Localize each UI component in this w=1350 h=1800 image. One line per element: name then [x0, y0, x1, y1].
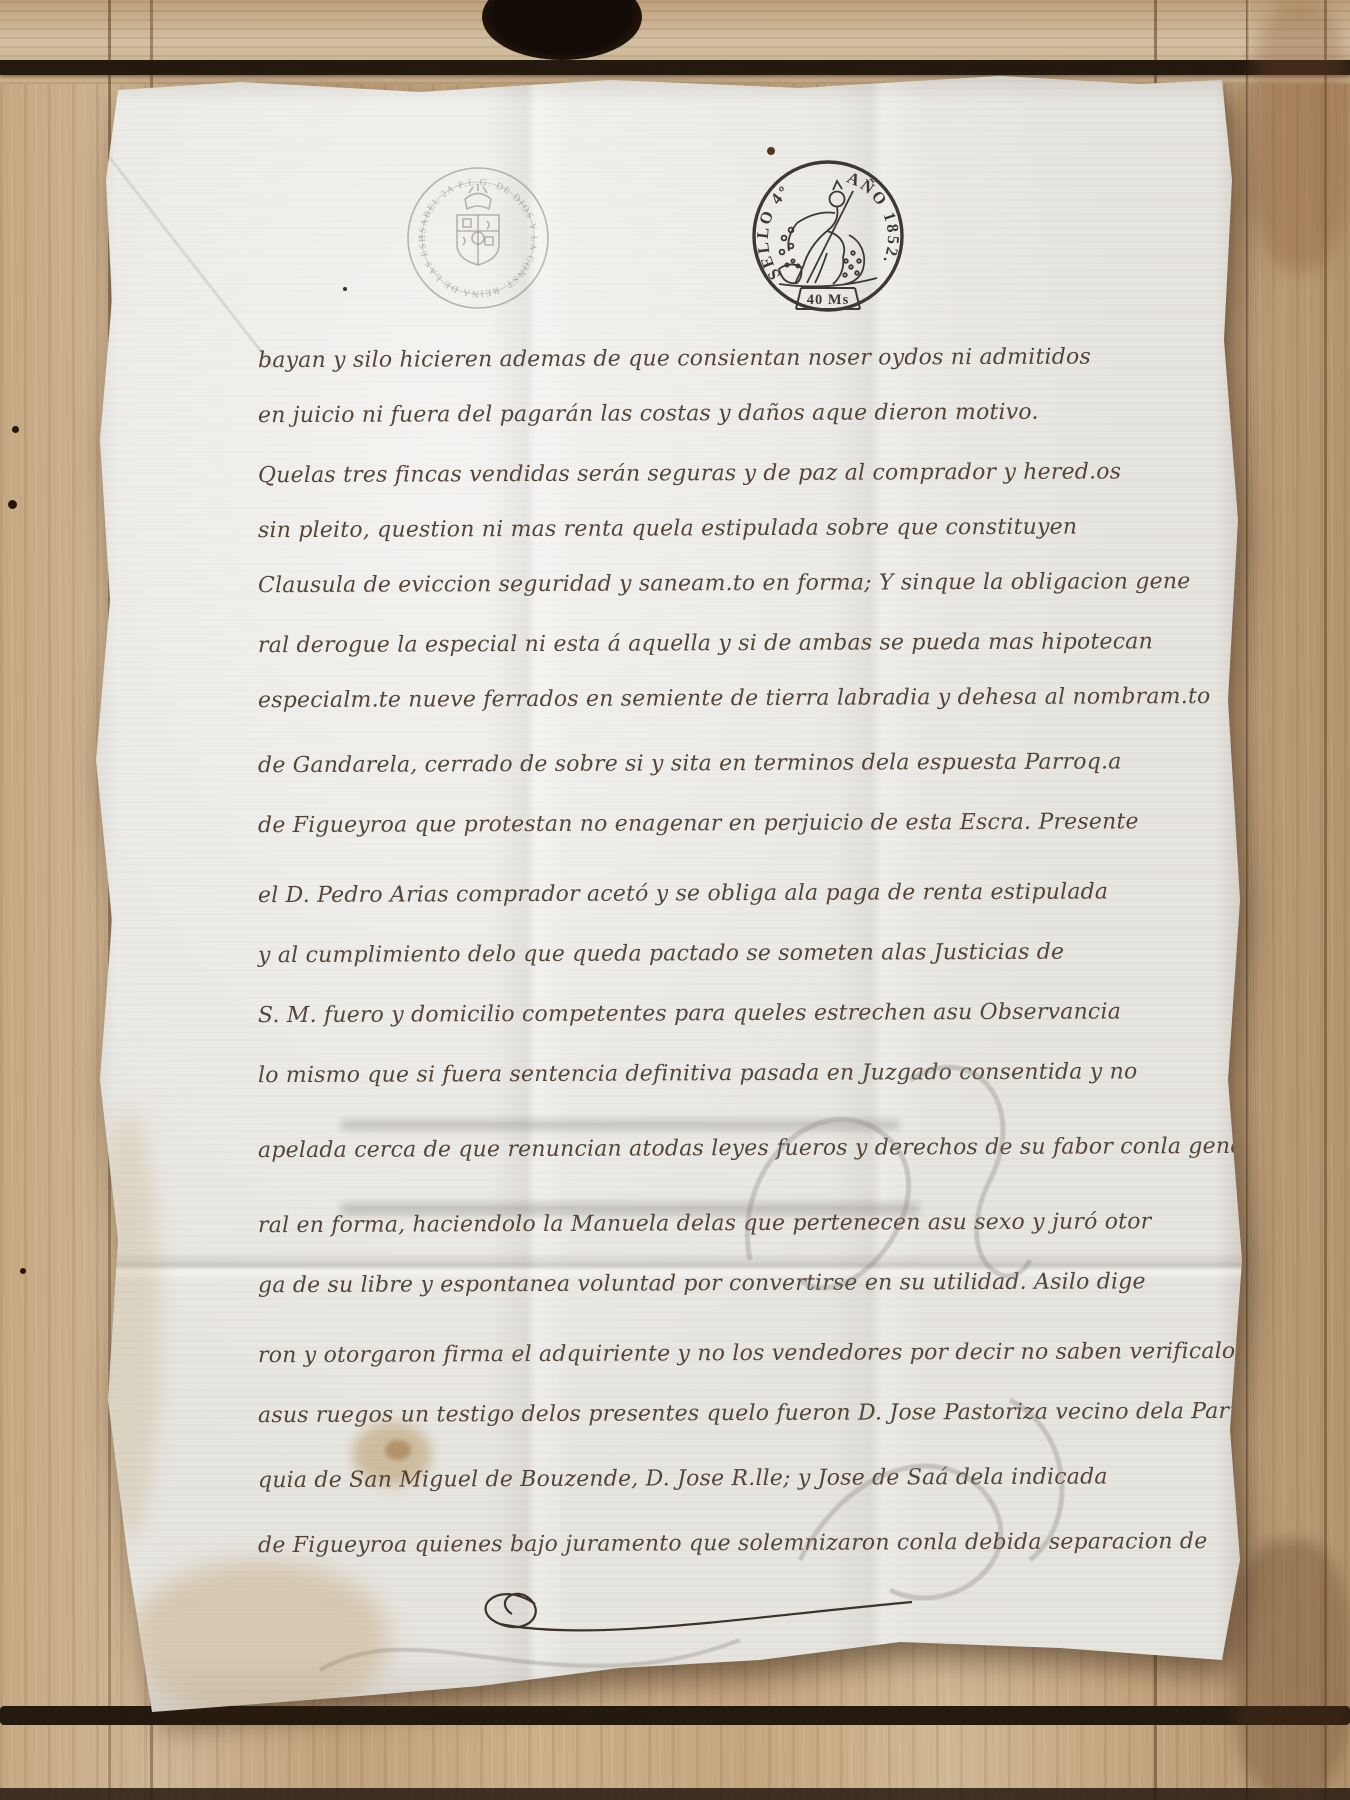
- plank-seam: [1324, 0, 1327, 1800]
- manuscript-line: de Figueyroa quienes bajo juramento que …: [258, 1529, 1258, 1559]
- svg-text:SELLO 4º: SELLO 4º: [753, 181, 794, 284]
- manuscript-line: Quelas tres fincas vendidas serán segura…: [258, 459, 1258, 489]
- manuscript-page: ISABEL 2A P.L.G. DE DIOS Y LA CONST. REI…: [70, 70, 1250, 1720]
- manuscript-line: en juicio ni fuera del pagarán las costa…: [258, 399, 1258, 429]
- manuscript-line: ral derogue la especial ni esta á aquell…: [258, 629, 1258, 659]
- revenue-stamp-icon: SELLO 4º AÑO 1852.: [749, 157, 907, 315]
- manuscript-line: el D. Pedro Arias comprador acetó y se o…: [258, 879, 1258, 909]
- plank-seam: [1246, 0, 1250, 1800]
- manuscript-line: Clausula de eviccion seguridad y saneam.…: [258, 569, 1258, 599]
- plank-gap-bottom: [0, 1706, 1350, 1725]
- ink-speck: [343, 287, 347, 291]
- wood-stain: [1250, 0, 1350, 270]
- wood-stain: [1233, 1540, 1350, 1800]
- manuscript-line: de Figueyroa que protestan no enagenar e…: [258, 809, 1258, 839]
- photo-scene: ISABEL 2A P.L.G. DE DIOS Y LA CONST. REI…: [0, 0, 1350, 1800]
- foxing-stain: [385, 1440, 411, 1460]
- embossed-dry-seal-icon: ISABEL 2A P.L.G. DE DIOS Y LA CONST. REI…: [405, 165, 551, 311]
- manuscript-line: asus ruegos un testigo delos presentes q…: [258, 1399, 1258, 1429]
- manuscript-line: sin pleito, question ni mas renta quela …: [258, 514, 1258, 544]
- stamp-arc-left-label: SELLO 4º: [753, 181, 794, 284]
- manuscript-line: quia de San Miguel de Bouzende, D. Jose …: [258, 1464, 1258, 1494]
- seated-allegory-figure-icon: [779, 181, 877, 286]
- plank-gap-bottom: [0, 1788, 1350, 1800]
- manuscript-line: especialm.te nueve ferrados en semiente …: [258, 684, 1258, 714]
- stamp-arc-right-label: AÑO 1852.: [844, 168, 903, 269]
- paper-crease: [88, 130, 275, 368]
- manuscript-line: bayan y silo hicieren ademas de que cons…: [258, 344, 1258, 374]
- stamp-denomination-label: 40 Ms: [807, 292, 849, 308]
- plank-gap-top: [0, 60, 1350, 75]
- manuscript-line: y al cumplimiento delo que queda pactado…: [258, 939, 1258, 969]
- ink-spot: [767, 147, 775, 155]
- svg-text:AÑO 1852.: AÑO 1852.: [844, 168, 903, 269]
- pencil-scribble: [770, 1360, 1090, 1650]
- wood-knot: [8, 500, 17, 509]
- wood-knot: [12, 426, 19, 433]
- pencil-scribble: [710, 1020, 1040, 1350]
- manuscript-line: de Gandarela, cerrado de sobre si y sita…: [258, 749, 1258, 779]
- wood-knot: [20, 1268, 26, 1274]
